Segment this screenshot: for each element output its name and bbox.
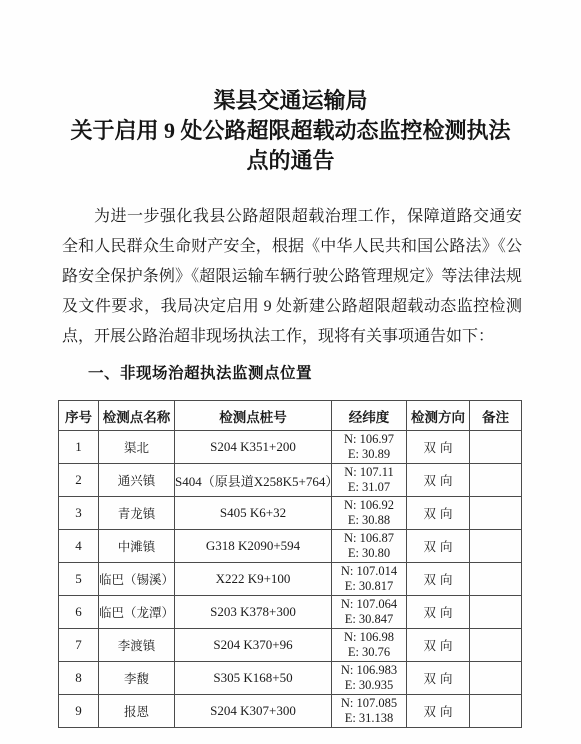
cell-stake: S204 K307+300 xyxy=(175,695,332,728)
document-page: 渠县交通运输局 关于启用 9 处公路超限超载动态监控检测执法 点的通告 为进一步… xyxy=(0,0,581,744)
coord-north: N: 106.87 xyxy=(332,531,406,546)
coord-north: N: 107.085 xyxy=(332,696,406,711)
cell-stake: G318 K2090+594 xyxy=(175,530,332,563)
cell-name: 通兴镇 xyxy=(99,464,175,497)
title-line-1: 渠县交通运输局 xyxy=(28,86,553,116)
header-no: 序号 xyxy=(59,401,99,431)
cell-coordinates: N: 106.92 E: 30.88 xyxy=(332,497,407,530)
header-name: 检测点名称 xyxy=(99,401,175,431)
cell-remark xyxy=(470,563,522,596)
document-title: 渠县交通运输局 关于启用 9 处公路超限超载动态监控检测执法 点的通告 xyxy=(28,86,553,176)
coord-east: E: 30.80 xyxy=(332,546,406,561)
header-coordinates: 经纬度 xyxy=(332,401,407,431)
cell-name: 临巴（锡溪） xyxy=(99,563,175,596)
cell-name: 中滩镇 xyxy=(99,530,175,563)
cell-direction: 双向 xyxy=(407,464,470,497)
coord-north: N: 107.014 xyxy=(332,564,406,579)
cell-name: 青龙镇 xyxy=(99,497,175,530)
cell-remark xyxy=(470,695,522,728)
coord-north: N: 106.983 xyxy=(332,663,406,678)
coord-east: E: 30.76 xyxy=(332,645,406,660)
cell-stake: S405 K6+32 xyxy=(175,497,332,530)
cell-coordinates: N: 107.014 E: 30.817 xyxy=(332,563,407,596)
cell-name: 李馥 xyxy=(99,662,175,695)
table-row: 3 青龙镇 S405 K6+32 N: 106.92 E: 30.88 双向 xyxy=(59,497,522,530)
coord-east: E: 31.138 xyxy=(332,711,406,726)
cell-direction: 双向 xyxy=(407,497,470,530)
header-direction: 检测方向 xyxy=(407,401,470,431)
cell-remark xyxy=(470,662,522,695)
table-row: 9 报恩 S204 K307+300 N: 107.085 E: 31.138 … xyxy=(59,695,522,728)
table-header: 序号 检测点名称 检测点桩号 经纬度 检测方向 备注 xyxy=(59,401,522,431)
table-body: 1 渠北 S204 K351+200 N: 106.97 E: 30.89 双向… xyxy=(59,431,522,728)
cell-stake: S204 K370+96 xyxy=(175,629,332,662)
coord-east: E: 30.847 xyxy=(332,612,406,627)
monitoring-points-table: 序号 检测点名称 检测点桩号 经纬度 检测方向 备注 1 渠北 S204 K35… xyxy=(58,400,522,728)
coord-north: N: 106.97 xyxy=(332,432,406,447)
coord-east: E: 31.07 xyxy=(332,480,406,495)
table-row: 8 李馥 S305 K168+50 N: 106.983 E: 30.935 双… xyxy=(59,662,522,695)
coord-north: N: 107.11 xyxy=(332,465,406,480)
title-line-2: 关于启用 9 处公路超限超载动态监控检测执法 xyxy=(28,116,553,146)
table-row: 6 临巴（龙潭） S203 K378+300 N: 107.064 E: 30.… xyxy=(59,596,522,629)
cell-stake: X222 K9+100 xyxy=(175,563,332,596)
cell-stake: S204 K351+200 xyxy=(175,431,332,464)
cell-direction: 双向 xyxy=(407,431,470,464)
coord-east: E: 30.935 xyxy=(332,678,406,693)
coord-north: N: 106.98 xyxy=(332,630,406,645)
cell-direction: 双向 xyxy=(407,629,470,662)
cell-name: 渠北 xyxy=(99,431,175,464)
table-row: 7 李渡镇 S204 K370+96 N: 106.98 E: 30.76 双向 xyxy=(59,629,522,662)
title-line-3: 点的通告 xyxy=(28,146,553,176)
cell-no: 4 xyxy=(59,530,99,563)
cell-remark xyxy=(470,497,522,530)
cell-remark xyxy=(470,629,522,662)
cell-no: 9 xyxy=(59,695,99,728)
cell-coordinates: N: 107.085 E: 31.138 xyxy=(332,695,407,728)
cell-coordinates: N: 106.87 E: 30.80 xyxy=(332,530,407,563)
coord-east: E: 30.89 xyxy=(332,447,406,462)
section-heading: 一、非现场治超执法监测点位置 xyxy=(88,361,581,383)
table-row: 1 渠北 S204 K351+200 N: 106.97 E: 30.89 双向 xyxy=(59,431,522,464)
cell-no: 5 xyxy=(59,563,99,596)
cell-name: 临巴（龙潭） xyxy=(99,596,175,629)
cell-stake: S203 K378+300 xyxy=(175,596,332,629)
cell-coordinates: N: 106.983 E: 30.935 xyxy=(332,662,407,695)
cell-coordinates: N: 106.98 E: 30.76 xyxy=(332,629,407,662)
table-header-row: 序号 检测点名称 检测点桩号 经纬度 检测方向 备注 xyxy=(59,401,522,431)
cell-coordinates: N: 106.97 E: 30.89 xyxy=(332,431,407,464)
cell-direction: 双向 xyxy=(407,695,470,728)
cell-remark xyxy=(470,431,522,464)
cell-stake: S305 K168+50 xyxy=(175,662,332,695)
table-row: 4 中滩镇 G318 K2090+594 N: 106.87 E: 30.80 … xyxy=(59,530,522,563)
cell-name: 李渡镇 xyxy=(99,629,175,662)
cell-remark xyxy=(470,464,522,497)
cell-no: 3 xyxy=(59,497,99,530)
intro-paragraph: 为进一步强化我县公路超限超载治理工作，保障道路交通安全和人民群众生命财产安全，根… xyxy=(62,202,522,352)
cell-no: 6 xyxy=(59,596,99,629)
cell-name: 报恩 xyxy=(99,695,175,728)
coord-north: N: 106.92 xyxy=(332,498,406,513)
cell-direction: 双向 xyxy=(407,563,470,596)
coord-east: E: 30.817 xyxy=(332,579,406,594)
cell-remark xyxy=(470,596,522,629)
table-row: 5 临巴（锡溪） X222 K9+100 N: 107.014 E: 30.81… xyxy=(59,563,522,596)
coord-north: N: 107.064 xyxy=(332,597,406,612)
cell-direction: 双向 xyxy=(407,530,470,563)
cell-no: 1 xyxy=(59,431,99,464)
cell-direction: 双向 xyxy=(407,596,470,629)
header-stake: 检测点桩号 xyxy=(175,401,332,431)
cell-direction: 双向 xyxy=(407,662,470,695)
table-row: 2 通兴镇 S404（原县道X258K5+764） N: 107.11 E: 3… xyxy=(59,464,522,497)
cell-remark xyxy=(470,530,522,563)
cell-no: 2 xyxy=(59,464,99,497)
cell-coordinates: N: 107.064 E: 30.847 xyxy=(332,596,407,629)
coord-east: E: 30.88 xyxy=(332,513,406,528)
cell-coordinates: N: 107.11 E: 31.07 xyxy=(332,464,407,497)
cell-no: 7 xyxy=(59,629,99,662)
cell-no: 8 xyxy=(59,662,99,695)
cell-stake: S404（原县道X258K5+764） xyxy=(175,464,332,497)
header-remark: 备注 xyxy=(470,401,522,431)
